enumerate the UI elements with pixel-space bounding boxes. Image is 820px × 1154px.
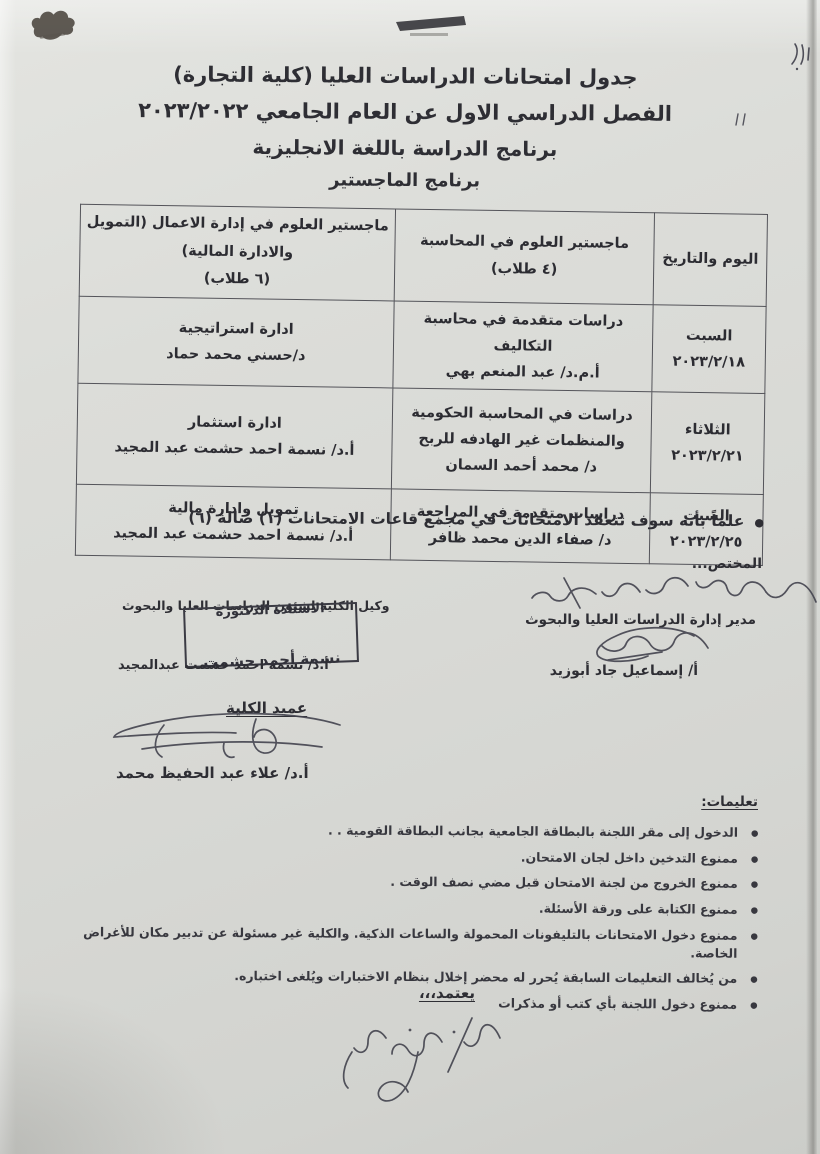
lecturer-name: د/ محمد أحمد السمان [398, 452, 644, 482]
instruction-item: ● ممنوع التدخين داخل لجان الامتحان. [52, 846, 758, 868]
bullet-icon: ● [751, 828, 758, 840]
cell-business-exam: ادارة استراتيجية د/حسني محمد حماد [78, 296, 394, 388]
vice-dean-name: أ.د/ نسمة احمد حشمت عبدالمجيد [118, 658, 329, 673]
day-label: الثلاثاء [658, 416, 758, 444]
instruction-item: ● ممنوع الخروج من لجنة الامتحان قبل مضي … [52, 871, 758, 893]
col-header-business: ماجستير العلوم في إدارة الاعمال (التمويل… [79, 204, 395, 300]
bullet-icon: ● [750, 1000, 757, 1012]
bullet-icon: ● [750, 930, 757, 942]
bullet-icon: ● [751, 905, 758, 917]
handwritten-signature [584, 622, 716, 666]
lecturer-name: أ.د/ نسمة احمد حشمت عبد المجيد [83, 434, 385, 465]
handwritten-signature [522, 570, 820, 616]
stamp-title: الاستاذه الدكتورة [215, 601, 324, 620]
eagle-emblem-icon [24, 5, 80, 46]
instruction-item: ● الدخول إلى مقر اللجنة بالبطاقة الجامعي… [52, 820, 758, 842]
instruction-text: ممنوع دخول اللجنة بأي كتب أو مذكرات [498, 994, 737, 1013]
col-header-label: اليوم والتاريخ [662, 250, 758, 267]
note-text: علماً بأنه سوف تنعقد الامتحانات في مجمع … [188, 509, 744, 530]
col-header-day-date: اليوم والتاريخ [653, 213, 767, 306]
col-header-label: ماجستير العلوم في المحاسبة [401, 227, 647, 258]
bullet-icon: ● [751, 879, 758, 891]
handwritten-signature [322, 1008, 512, 1112]
instruction-text: ممنوع التدخين داخل لجان الامتحان. [521, 848, 738, 867]
col-header-students-count: (٦ طلاب) [86, 264, 388, 296]
scan-left-edge [0, 0, 16, 1154]
day-label: السبت [659, 322, 759, 350]
date-value: ٢٠٢٣/٢/٢١ [657, 442, 757, 470]
instruction-text: من يُخالف التعليمات السابقة يُحرر له محض… [234, 967, 737, 988]
handwritten-signature [102, 707, 352, 767]
bullet-icon: ● [750, 974, 757, 986]
cell-business-exam: ادارة استثمار أ.د/ نسمة احمد حشمت عبد ال… [76, 383, 392, 489]
instruction-text: ممنوع دخول الامتحانات بالتليفونات المحمو… [52, 923, 738, 963]
lecturer-name: أ.م.د/ عبد المنعم بهي [399, 357, 645, 387]
instruction-item: ● ممنوع دخول الامتحانات بالتليفونات المح… [52, 923, 758, 963]
bullet-icon: ● [751, 853, 758, 865]
bullet-icon: ● [754, 512, 764, 534]
cell-accounting-exam: دراسات متقدمة في محاسبة التكاليف أ.م.د/ … [393, 301, 653, 392]
dean-name: أ.د/ علاء عبد الحفيظ محمد [116, 764, 309, 782]
instruction-text: ممنوع الخروج من لجنة الامتحان قبل مضي نص… [390, 873, 738, 893]
col-header-students-count: (٤ طلاب) [401, 255, 647, 286]
title-program-language: برنامج الدراسة باللغة الانجليزية [60, 134, 750, 163]
faded-stamp-mark [388, 12, 472, 40]
course-name: دراسات متقدمة في محاسبة التكاليف [400, 305, 647, 361]
table-row: الثلاثاء ٢٠٢٣/٢/٢١ دراسات في المحاسبة ال… [76, 383, 764, 494]
director-name: أ/ إسماعيل جاد أبوزيد [550, 663, 698, 679]
title-program-masters: برنامج الماجستير [60, 168, 750, 194]
approval-label: يعتمد،،، [419, 984, 475, 1002]
col-header-label: ماجستير العلوم في إدارة الاعمال (التمويل… [86, 209, 389, 269]
date-value: ٢٠٢٣/٢/١٨ [659, 348, 759, 376]
cell-accounting-exam: دراسات في المحاسبة الحكومية والمنظمات غي… [391, 388, 651, 493]
lecturer-name: د/حسني محمد حماد [85, 340, 387, 371]
title-semester: الفصل الدراسي الاول عن العام الجامعي ٢٠٢… [60, 98, 750, 127]
exam-location-note: ● علماً بأنه سوف تنعقد الامتحانات في مجم… [52, 508, 764, 534]
instruction-item: ● من يُخالف التعليمات السابقة يُحرر له م… [52, 966, 758, 988]
instruction-text: الدخول إلى مقر اللجنة بالبطاقة الجامعية … [328, 822, 738, 842]
table-header-row: اليوم والتاريخ ماجستير العلوم في المحاسب… [79, 204, 767, 306]
cell-day-date: الثلاثاء ٢٠٢٣/٢/٢١ [650, 392, 764, 495]
title-main: جدول امتحانات الدراسات العليا (كلية التج… [60, 62, 750, 91]
instruction-text: ممنوع الكتابة على ورقة الأسئلة. [539, 900, 738, 919]
instruction-item: ● ممنوع الكتابة على ورقة الأسئلة. [52, 897, 758, 919]
cell-day-date: السبت ٢٠٢٣/٢/١٨ [652, 304, 766, 393]
scanned-document-page: جدول امتحانات الدراسات العليا (كلية التج… [0, 0, 820, 1154]
pen-mark-icon [789, 40, 815, 74]
instructions-heading: تعليمات: [701, 794, 758, 810]
table-row: السبت ٢٠٢٣/٢/١٨ دراسات متقدمة في محاسبة … [78, 296, 766, 393]
course-name: دراسات في المحاسبة الحكومية والمنظمات غي… [398, 399, 645, 455]
document-titles: جدول امتحانات الدراسات العليا (كلية التج… [60, 62, 751, 194]
col-header-accounting: ماجستير العلوم في المحاسبة (٤ طلاب) [394, 209, 654, 304]
instructions-list: ● الدخول إلى مقر اللجنة بالبطاقة الجامعي… [51, 820, 758, 1021]
